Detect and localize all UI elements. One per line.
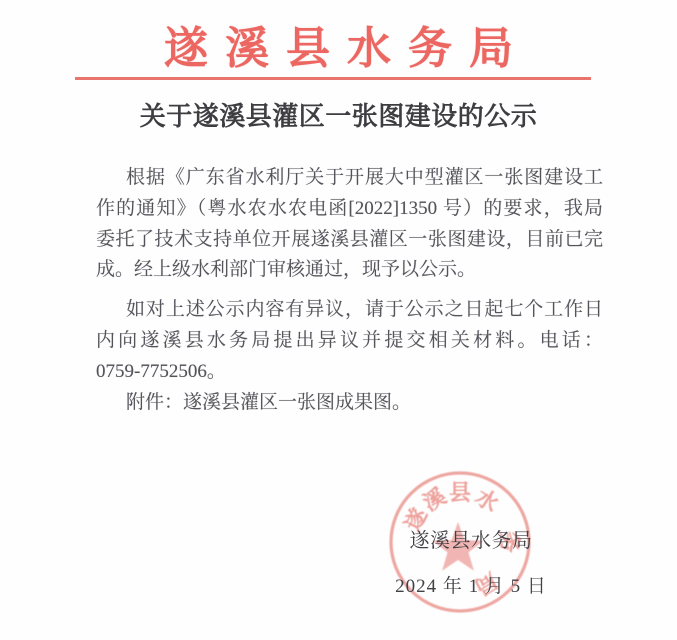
signature-date: 2024 年 1 月 5 日 <box>381 571 561 598</box>
seal-char: 县 <box>449 480 471 505</box>
letterhead-rule <box>75 77 591 80</box>
body-line: 作的通知》（粤水农水农电函[2022]1350 号）的要求，我局 <box>96 194 603 225</box>
letterhead-org-title: 遂溪县水务局 <box>0 12 677 76</box>
phone-line: 0759-7752506。 <box>96 357 603 388</box>
signature-org: 遂溪县水务局 <box>381 524 561 553</box>
seal-char: 水 <box>471 484 503 517</box>
body-line: 根据《广东省水利厅关于开展大中型灌区一张图建设工 <box>96 163 603 194</box>
attachment-line: 附件：遂溪县灌区一张图成果图。 <box>96 388 603 419</box>
notice-body: 根据《广东省水利厅关于开展大中型灌区一张图建设工 作的通知》（粤水农水农电函[2… <box>96 163 603 418</box>
notice-title: 关于遂溪县灌区一张图建设的公示 <box>0 96 677 133</box>
body-line: 成。经上级水利部门审核通过，现予以公示。 <box>96 255 603 286</box>
body-line: 委托了技术支持单位开展遂溪县灌区一张图建设，目前已完 <box>96 225 603 256</box>
body-line: 如对上述公示内容有异议，请于公示之日起七个工作日 <box>96 295 603 326</box>
body-line: 内向遂溪县水务局提出异议并提交相关材料。电话： <box>96 326 603 357</box>
scanned-notice-page: 遂溪县水务局 关于遂溪县灌区一张图建设的公示 根据《广东省水利厅关于开展大中型灌… <box>0 0 677 640</box>
signature-block: 遂溪县水务局 2024 年 1 月 5 日 <box>381 524 561 598</box>
